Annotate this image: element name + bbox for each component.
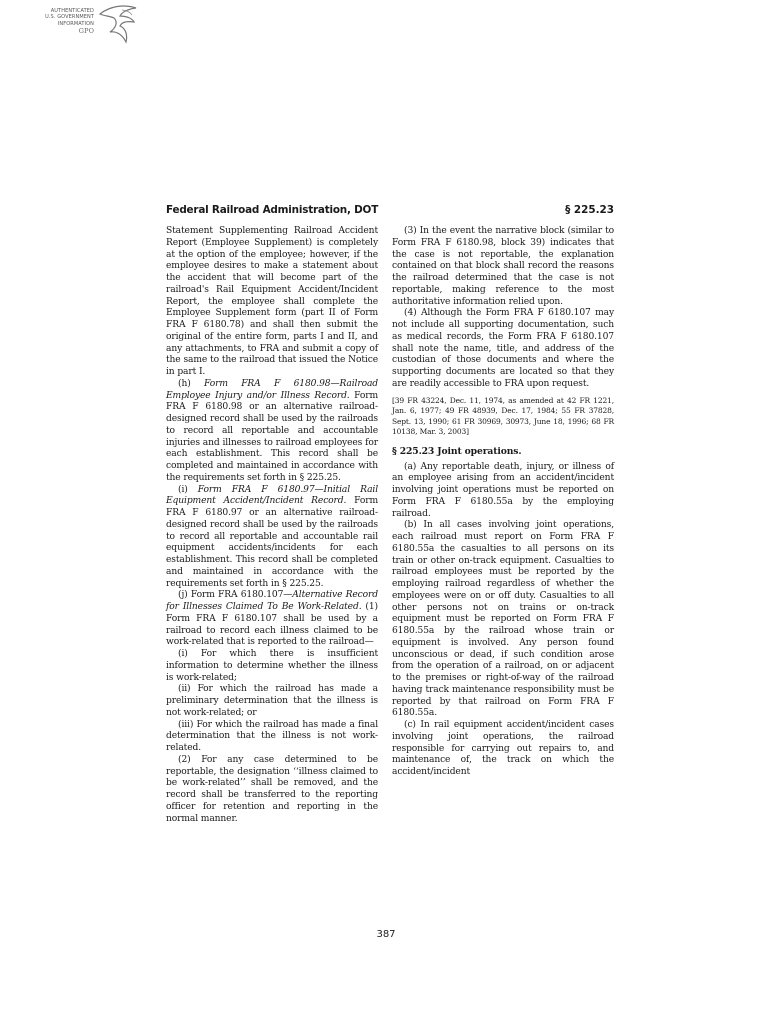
paragraph-j-1-ii: (ii) For which the railroad has made a p… [166, 684, 378, 719]
paragraph-c: (c) In rail equipment accident/incident … [392, 720, 614, 779]
gpo-authentication-seal: AUTHENTICATED U.S. GOVERNMENT INFORMATIO… [2, 2, 142, 47]
paragraph-i: (i) Form FRA F 6180.97—Initial Rail Equi… [166, 485, 378, 591]
paragraph-label: (i) [178, 485, 198, 495]
paragraph-label: (j) Form FRA 6180.107— [178, 590, 292, 600]
left-column: Statement Supplementing Railroad Acciden… [166, 226, 378, 825]
paragraph-j-1-i: (i) For which there is insufficient info… [166, 649, 378, 684]
paragraph-j-2: (2) For any case determined to be report… [166, 755, 378, 826]
paragraph-j-4: (4) Although the Form FRA F 6180.107 may… [392, 308, 614, 390]
paragraph-body: . Form FRA F 6180.98 or an alternative r… [166, 391, 378, 483]
paragraph-j-3: (3) In the event the narrative block (si… [392, 226, 614, 308]
running-header: Federal Railroad Administration, DOT § 2… [166, 204, 614, 220]
seal-line-3: INFORMATION [58, 21, 94, 27]
right-column: (3) In the event the narrative block (si… [392, 226, 614, 779]
paragraph-a: (a) Any reportable death, injury, or ill… [392, 462, 614, 521]
page-number: 387 [366, 929, 406, 940]
section-number: § 225.23 [565, 204, 614, 216]
paragraph-h: (h) Form FRA F 6180.98—Railroad Employee… [166, 379, 378, 485]
eagle-icon [92, 4, 142, 48]
section-heading: § 225.23 Joint operations. [392, 446, 614, 458]
agency-title: Federal Railroad Administration, DOT [166, 204, 378, 216]
gpo-seal-text: AUTHENTICATED U.S. GOVERNMENT INFORMATIO… [6, 8, 94, 35]
seal-line-2: U.S. GOVERNMENT [45, 14, 94, 20]
paragraph-continuation: Statement Supplementing Railroad Acciden… [166, 226, 378, 379]
seal-agency: GPO [6, 28, 94, 34]
seal-line-1: AUTHENTICATED [51, 8, 94, 14]
paragraph-j: (j) Form FRA 6180.107—Alternative Record… [166, 590, 378, 649]
source-citation: [39 FR 43224, Dec. 11, 1974, as amended … [392, 396, 614, 438]
paragraph-body: . Form FRA F 6180.97 or an alternative r… [166, 496, 378, 588]
paragraph-b: (b) In all cases involving joint operati… [392, 520, 614, 720]
paragraph-label: (h) [178, 379, 204, 389]
paragraph-j-1-iii: (iii) For which the railroad has made a … [166, 720, 378, 755]
